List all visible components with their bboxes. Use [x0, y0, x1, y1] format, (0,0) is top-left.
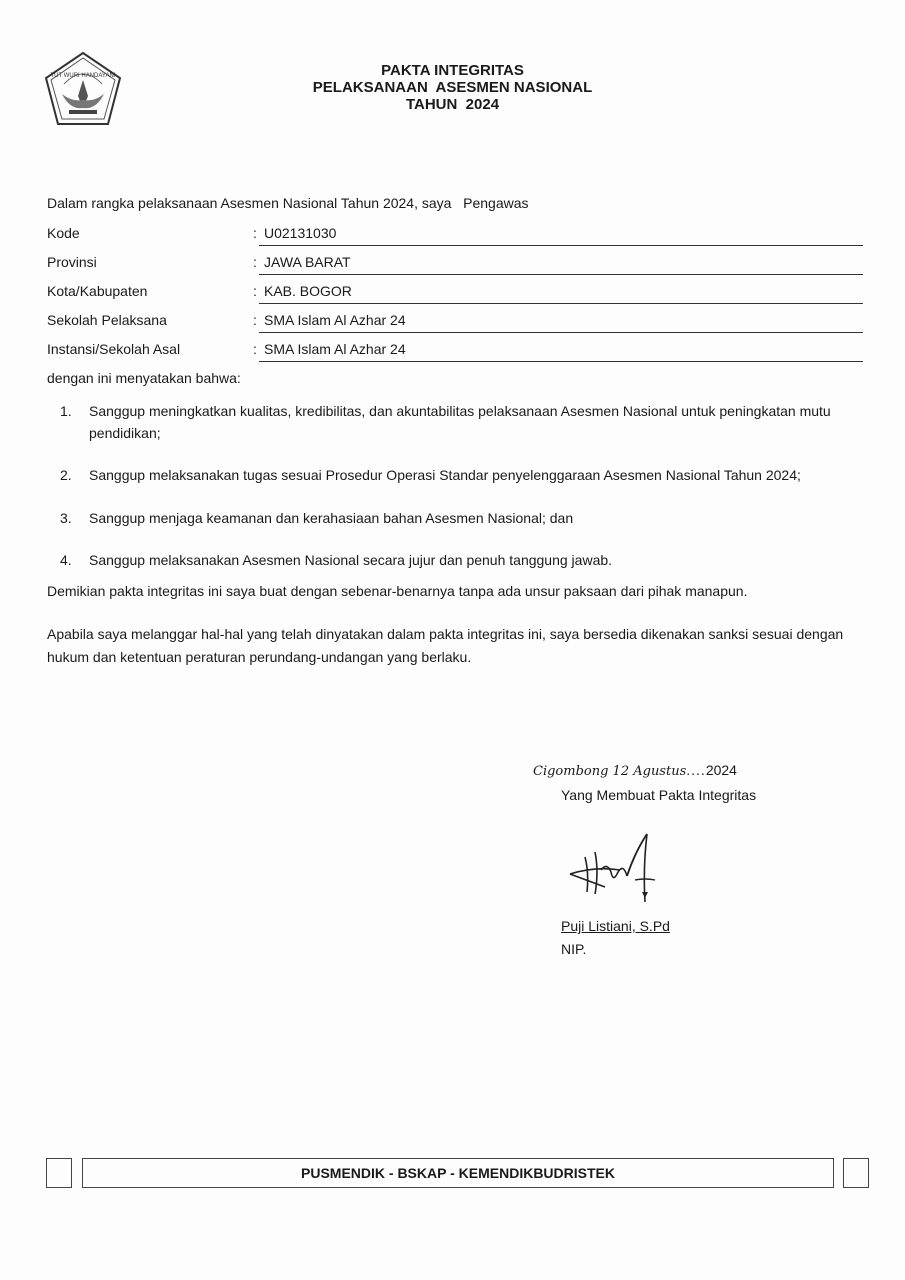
- date-year: 2024: [706, 762, 737, 778]
- footer-text: PUSMENDIK - BSKAP - KEMENDIKBUDRISTEK: [301, 1165, 615, 1181]
- item-text: Sanggup melaksanakan tugas sesuai Prosed…: [89, 464, 849, 486]
- footer-banner: PUSMENDIK - BSKAP - KEMENDIKBUDRISTEK: [82, 1158, 834, 1188]
- field-label: Sekolah Pelaksana: [47, 312, 167, 328]
- closing-paragraph: Demikian pakta integritas ini saya buat …: [47, 580, 847, 603]
- field-value: KAB. BOGOR: [264, 283, 352, 299]
- document-title: PAKTA INTEGRITAS PELAKSANAAN ASESMEN NAS…: [0, 62, 905, 113]
- item-text: Sanggup melaksanakan Asesmen Nasional se…: [89, 549, 849, 571]
- field-underline: [259, 303, 863, 304]
- field-colon: :: [253, 283, 257, 299]
- footer-left-box: [46, 1158, 72, 1188]
- field-value: SMA Islam Al Azhar 24: [264, 312, 406, 328]
- field-colon: :: [253, 225, 257, 241]
- field-label: Provinsi: [47, 254, 97, 270]
- handwritten-place-date: Cigombong 12 Agustus: [533, 764, 686, 779]
- field-label: Kode: [47, 225, 80, 241]
- title-line-3: TAHUN 2024: [0, 96, 905, 113]
- item-text: Sanggup meningkatkan kualitas, kredibili…: [89, 400, 849, 444]
- signature-image: [565, 832, 665, 907]
- field-value: U02131030: [264, 225, 336, 241]
- field-kota-kabupaten: Kota/Kabupaten : KAB. BOGOR: [47, 283, 863, 307]
- date-dots: ....: [686, 762, 706, 778]
- field-label: Instansi/Sekolah Asal: [47, 341, 180, 357]
- maker-label: Yang Membuat Pakta Integritas: [561, 787, 756, 803]
- field-kode: Kode : U02131030: [47, 225, 863, 249]
- field-underline: [259, 245, 863, 246]
- title-line-2: PELAKSANAAN ASESMEN NASIONAL: [0, 79, 905, 96]
- field-provinsi: Provinsi : JAWA BARAT: [47, 254, 863, 278]
- intro-text: Dalam rangka pelaksanaan Asesmen Nasiona…: [47, 195, 529, 211]
- field-colon: :: [253, 341, 257, 357]
- field-sekolah-pelaksana: Sekolah Pelaksana : SMA Islam Al Azhar 2…: [47, 312, 863, 336]
- sanction-paragraph: Apabila saya melanggar hal-hal yang tela…: [47, 623, 847, 669]
- item-text: Sanggup menjaga keamanan dan kerahasiaan…: [89, 507, 849, 529]
- item-number: 2.: [60, 464, 72, 486]
- statement-text: dengan ini menyatakan bahwa:: [47, 370, 241, 386]
- field-instansi-sekolah-asal: Instansi/Sekolah Asal : SMA Islam Al Azh…: [47, 341, 863, 365]
- signature-icon: [565, 832, 665, 907]
- title-line-1: PAKTA INTEGRITAS: [0, 62, 905, 79]
- field-underline: [259, 274, 863, 275]
- signer-name: Puji Listiani, S.Pd: [561, 918, 670, 934]
- field-value: JAWA BARAT: [264, 254, 351, 270]
- field-colon: :: [253, 254, 257, 270]
- field-value: SMA Islam Al Azhar 24: [264, 341, 406, 357]
- field-underline: [259, 361, 863, 362]
- field-colon: :: [253, 312, 257, 328]
- field-underline: [259, 332, 863, 333]
- item-number: 1.: [60, 400, 72, 422]
- footer-right-box: [843, 1158, 869, 1188]
- place-date-line: Cigombong 12 Agustus....2024: [533, 762, 737, 779]
- item-number: 4.: [60, 549, 72, 571]
- item-number: 3.: [60, 507, 72, 529]
- field-label: Kota/Kabupaten: [47, 283, 147, 299]
- nip-label: NIP.: [561, 941, 586, 957]
